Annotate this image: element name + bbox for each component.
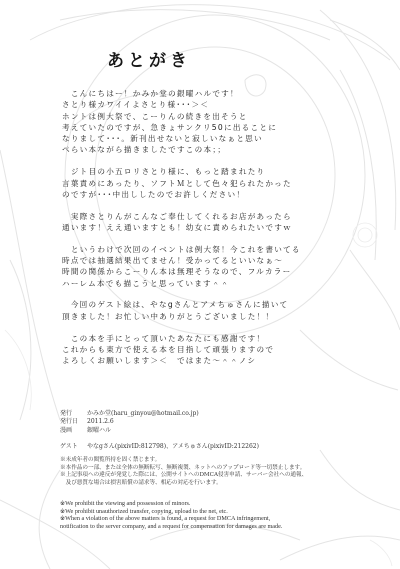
text-line: ジト目の小五ロリさとり様に、もっと踏まれたり	[62, 166, 362, 177]
notice-line: ※When a violation of the above matters i…	[60, 515, 282, 523]
paragraph-thanks: この本を手にとって頂いたあなたにも感謝です！ これからも東方で使える本を目指して…	[62, 333, 362, 367]
paragraph-greeting: こんにちはー！かみか堂の銀曜ハルです！ さとり様カワイイよさとり様･･･＞＜ ホ…	[62, 88, 362, 156]
notice-line: notification to the server company, and …	[60, 523, 282, 531]
notice-line: 及び悪質な場合は損害賠償の請求等、相応の対応を行います。	[60, 480, 307, 488]
afterword-page: あとがき こんにちはー！かみか堂の銀曜ハルです！ さとり様カワイイよさとり様･･…	[0, 0, 400, 569]
notice-line: ※We prohibit the viewing and possession …	[60, 500, 282, 508]
text-line: この本を手にとって頂いたあなたにも感謝です！	[62, 333, 362, 344]
legal-notice-english: ※We prohibit the viewing and possession …	[60, 500, 282, 530]
text-line: というわけで次回のイベントは例大祭！今これを書いてる	[62, 244, 362, 255]
paragraph-next-event: というわけで次回のイベントは例大祭！今これを書いてる 時点では抽選結果出てません…	[62, 244, 362, 289]
text-line: ぺらい本ながら描きましたですこの本；；	[62, 144, 362, 155]
page-title: あとがき	[107, 46, 191, 71]
text-line: 言葉責めにあったり、ソフトＭとして色々犯られたかった	[62, 178, 362, 189]
text-line: のですが･･･中出ししたのでお許しください！	[62, 189, 362, 200]
colophon-label: ゲスト	[60, 441, 87, 450]
colophon: 発行 かみか堂(haru_ginyou@hotmail.co.jp) 発行日 2…	[60, 410, 199, 435]
text-line: 考えていたのですが、急きょサンクリ50に出ることに	[62, 122, 362, 133]
legal-notice-japanese: ※未成年者の閲覧所持を固く禁じます。 ※本作品の一部、または全体の無断転写、無断…	[60, 457, 307, 487]
text-line: よろしくお願いします＞＜ ではまた～＾＾ノシ	[62, 355, 362, 366]
notice-line: ※上記事項への違反が発覚した際には、公開サイトへのDMCA侵害申請、サーバー会社…	[60, 472, 307, 480]
text-line: 通います！ええ通いますとも！幼女に責められたいですｗ	[62, 222, 362, 233]
notice-line: ※We prohibit unauthorized transfer, copy…	[60, 508, 282, 516]
colophon-value: 2011.2.6	[87, 418, 114, 426]
text-line: なりまして･･･。新刊出せないと寂しいなぁと思い	[62, 133, 362, 144]
text-line: 今回のゲスト絵は、やなgさんとアメちゅさんに描いて	[62, 299, 362, 310]
paragraph-wish: ジト目の小五ロリさとり様に、もっと踏まれたり 言葉責めにあったり、ソフトＭとして…	[62, 166, 362, 200]
text-line: 時間の関係からこーりん本は無理そうなので、フルカラー	[62, 266, 362, 277]
text-line: 実際さとりんがこんなご奉仕してくれるお店があったら	[62, 211, 362, 222]
colophon-value: かみか堂(haru_ginyou@hotmail.co.jp)	[87, 410, 199, 418]
paragraph-shop: 実際さとりんがこんなご奉仕してくれるお店があったら 通います！ええ通いますとも！…	[62, 211, 362, 234]
paragraph-guests: 今回のゲスト絵は、やなgさんとアメちゅさんに描いて 頂きました！お忙しい中ありが…	[62, 299, 362, 322]
colophon-label: 発行日	[60, 418, 87, 426]
text-line: 頂きました！お忙しい中ありがとうございました！！	[62, 311, 362, 322]
text-line: 時点では抽選結果出てません！受かってるといいなぁ～	[62, 255, 362, 266]
text-line: ハーレム本でも描こうと思っています＾＾	[62, 278, 362, 289]
text-line: これからも東方で使える本を目指して頑張りますので	[62, 344, 362, 355]
colophon-publisher: 発行 かみか堂(haru_ginyou@hotmail.co.jp)	[60, 410, 199, 418]
notice-line: ※未成年者の閲覧所持を固く禁じます。	[60, 457, 307, 465]
text-line: ホントは例大祭で、こーりんの続きを出そうと	[62, 111, 362, 122]
colophon-guest: ゲスト やなgさん(pixivID:812798)、アメちゅさん(pixivID…	[60, 441, 259, 450]
colophon-artist: 漫画 銀曜ハル	[60, 427, 199, 435]
colophon-value: 銀曜ハル	[87, 427, 111, 435]
afterword-body: こんにちはー！かみか堂の銀曜ハルです！ さとり様カワイイよさとり様･･･＞＜ ホ…	[62, 88, 362, 377]
text-line: こんにちはー！かみか堂の銀曜ハルです！	[62, 88, 362, 99]
colophon-date: 発行日 2011.2.6	[60, 418, 199, 426]
colophon-value: やなgさん(pixivID:812798)、アメちゅさん(pixivID:212…	[87, 441, 259, 450]
text-line: さとり様カワイイよさとり様･･･＞＜	[62, 99, 362, 110]
colophon-label: 漫画	[60, 427, 87, 435]
